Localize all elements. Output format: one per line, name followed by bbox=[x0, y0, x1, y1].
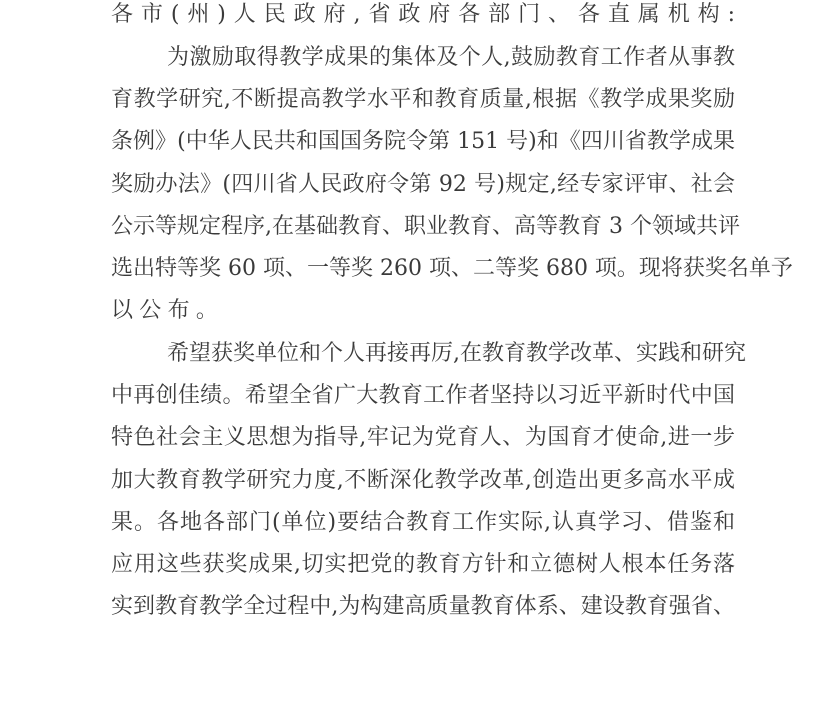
paragraph-1-line-7: 以公布。 bbox=[111, 296, 735, 326]
paragraph-2-line-6: 应用这些获奖成果,切实把党的教育方针和立德树人根本任务落 bbox=[111, 550, 735, 580]
paragraph-1-line-5: 公示等规定程序,在基础教育、职业教育、高等教育 3 个领域共评 bbox=[111, 212, 735, 242]
paragraph-2-line-1: 希望获奖单位和个人再接再厉,在教育教学改革、实践和研究 bbox=[167, 339, 735, 369]
paragraph-1-line-6: 选出特等奖 60 项、一等奖 260 项、二等奖 680 项。现将获奖名单予 bbox=[111, 254, 735, 284]
paragraph-1-line-3: 条例》(中华人民共和国国务院令第 151 号)和《四川省教学成果 bbox=[111, 127, 735, 157]
paragraph-2-line-3: 特色社会主义思想为指导,牢记为党育人、为国育才使命,进一步 bbox=[111, 423, 735, 453]
paragraph-2-line-4: 加大教育教学研究力度,不断深化教学改革,创造出更多高水平成 bbox=[111, 466, 735, 496]
paragraph-2-line-7: 实到教育教学全过程中,为构建高质量教育体系、建设教育强省、 bbox=[111, 592, 735, 622]
paragraph-1-line-1: 为激励取得教学成果的集体及个人,鼓励教育工作者从事教 bbox=[167, 43, 735, 73]
paragraph-2-line-2: 中再创佳绩。希望全省广大教育工作者坚持以习近平新时代中国 bbox=[111, 381, 735, 411]
salutation-line: 各市(州)人民政府,省政府各部门、各直属机构: bbox=[111, 0, 735, 30]
paragraph-2-line-5: 果。各地各部门(单位)要结合教育工作实际,认真学习、借鉴和 bbox=[111, 508, 735, 538]
paragraph-1-line-4: 奖励办法》(四川省人民政府令第 92 号)规定,经专家评审、社会 bbox=[111, 170, 735, 200]
paragraph-1-line-2: 育教学研究,不断提高教学水平和教育质量,根据《教学成果奖励 bbox=[111, 85, 735, 115]
document-page: 各市(州)人民政府,省政府各部门、各直属机构: 为激励取得教学成果的集体及个人,… bbox=[0, 0, 831, 708]
